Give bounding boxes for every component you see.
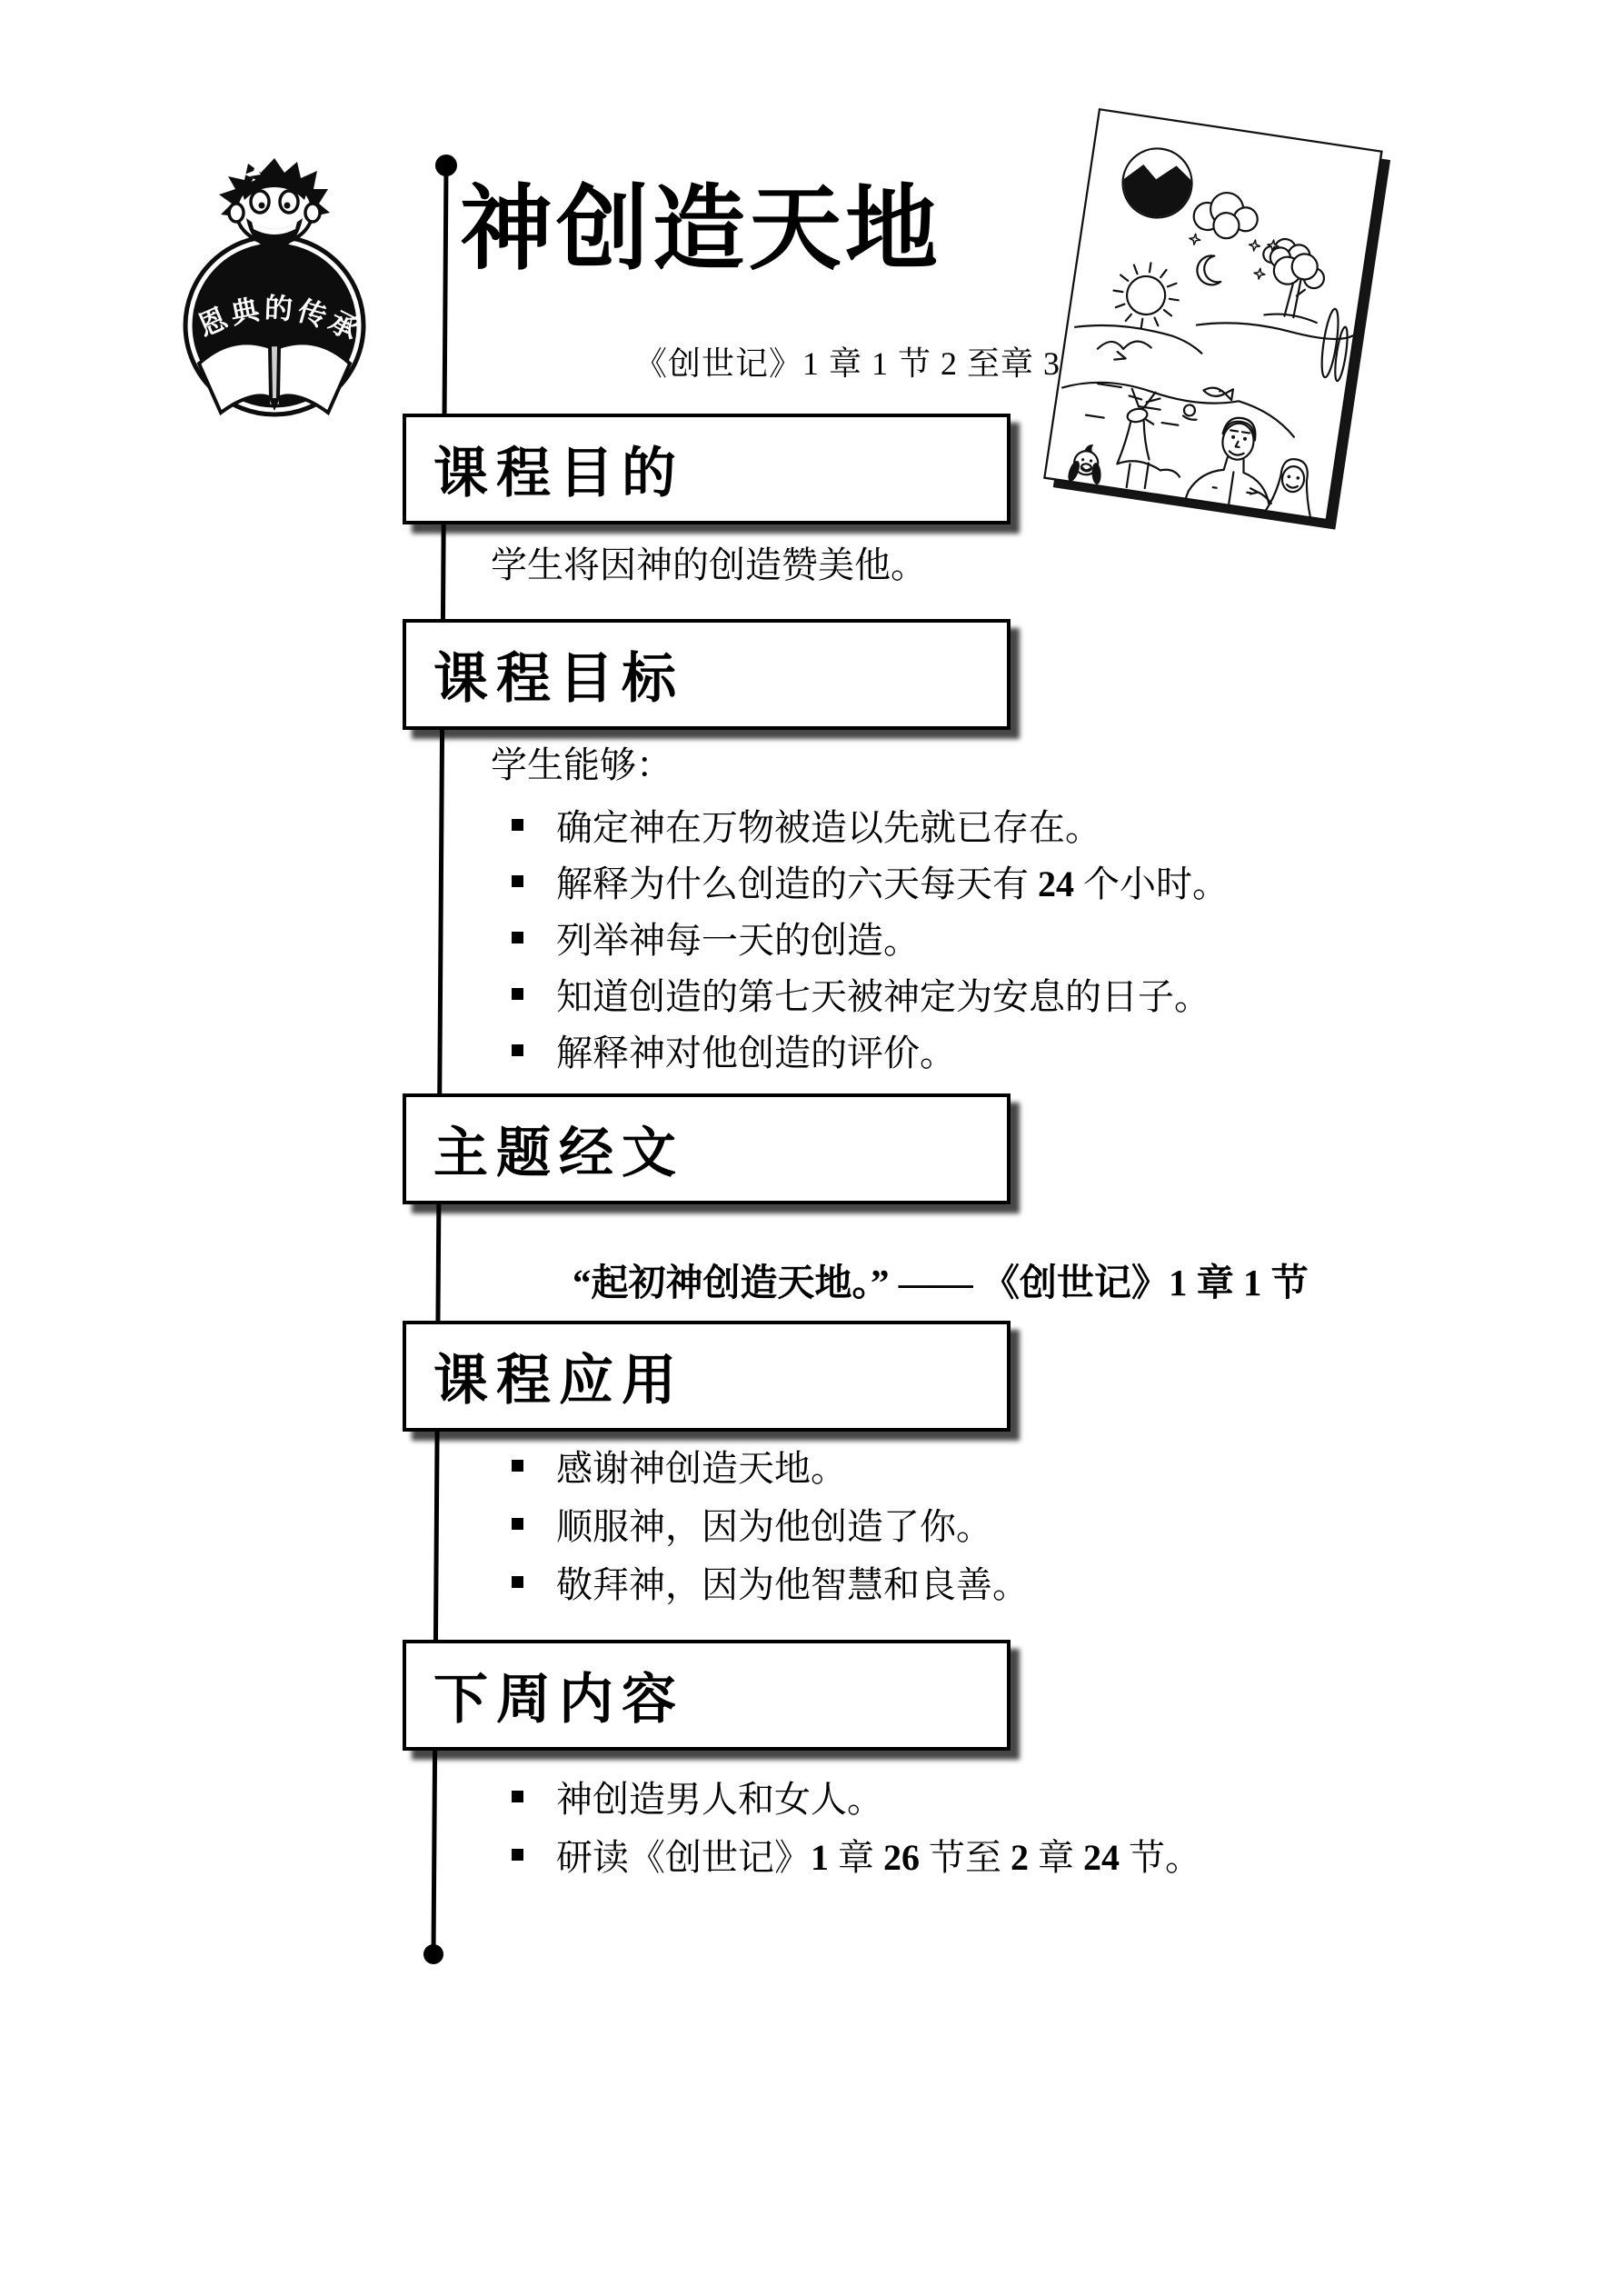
timeline-bottom-dot [423,1944,443,1964]
section-header-purpose: 课程目的 [403,414,1011,524]
key-verse-quote: “起初神创造天地。” —— 《创世记》1 章 1 节 [573,1253,1309,1306]
lesson-sheet-page: 恩典的传承 神创造天地 《创世记》1 章 1 节 2 至章 3 节 [0,0,1623,2296]
list-item: 确定神在万物被造以先就已存在。 [512,796,1229,853]
list-item-text: 敬拜神，因为他智慧和良善。 [556,1556,1029,1608]
square-bullet-icon [512,988,523,1000]
section-label: 课程应用 [433,1337,684,1415]
section-header-next-week: 下周内容 [403,1640,1011,1751]
grace-heritage-logo: 恩典的传承 [168,153,382,430]
list-item: 解释神对他创造的评价。 [512,1022,1229,1078]
section-label: 下周内容 [433,1656,684,1734]
list-item: 解释为什么创造的六天每天有 24 个小时。 [512,853,1229,909]
list-item-text: 顺服神，因为他创造了你。 [556,1498,992,1550]
section-label: 课程目的 [433,430,684,508]
list-item-text: 研读《创世记》1 章 26 节至 2 章 24 节。 [556,1829,1201,1881]
list-item-text: 感谢神创造天地。 [556,1440,847,1492]
square-bullet-icon [512,1576,523,1588]
square-bullet-icon [512,932,523,943]
section-label: 课程目标 [433,635,684,714]
square-bullet-icon [512,819,523,831]
square-bullet-icon [512,1791,523,1802]
next-week-list: 神创造男人和女人。 研读《创世记》1 章 26 节至 2 章 24 节。 [512,1767,1201,1883]
section-header-objectives: 课程目标 [403,619,1011,730]
list-item-text: 知道创造的第七天被神定为安息的日子。 [556,968,1210,1020]
creation-illustration [1041,108,1397,534]
section-label: 主题经文 [433,1110,684,1188]
boy-with-open-book-badge-icon: 恩典的传承 [168,153,382,430]
scripture-reference: 《创世记》1 章 1 节 2 至章 3 节 [634,338,1103,384]
creation-scene-line-drawing-icon [1041,108,1397,534]
list-item: 知道创造的第七天被神定为安息的日子。 [512,965,1229,1022]
list-item: 顺服神，因为他创造了你。 [512,1494,1029,1552]
section-header-application: 课程应用 [403,1321,1011,1432]
list-item: 神创造男人和女人。 [512,1767,1201,1825]
list-item: 研读《创世记》1 章 26 节至 2 章 24 节。 [512,1825,1201,1883]
list-item-text: 解释为什么创造的六天每天有 24 个小时。 [556,855,1229,907]
square-bullet-icon [512,1518,523,1530]
list-item: 敬拜神，因为他智慧和良善。 [512,1552,1029,1611]
square-bullet-icon [512,1849,523,1861]
timeline-top-dot [435,155,457,176]
list-item: 列举神每一天的创造。 [512,909,1229,965]
square-bullet-icon [512,1044,523,1056]
list-item-text: 解释神对他创造的评价。 [556,1024,956,1076]
square-bullet-icon [512,1460,523,1472]
list-item-text: 列举神每一天的创造。 [556,912,920,963]
objectives-list: 确定神在万物被造以先就已存在。 解释为什么创造的六天每天有 24 个小时。 列举… [512,796,1229,1078]
page-title: 神创造天地 [460,180,941,282]
list-item-text: 神创造男人和女人。 [556,1771,883,1822]
purpose-body: 学生将因神的创造赞美他。 [491,544,927,587]
list-item-text: 确定神在万物被造以先就已存在。 [556,799,1101,851]
objectives-intro: 学生能够： [491,744,672,787]
list-item: 感谢神创造天地。 [512,1436,1029,1494]
square-bullet-icon [512,875,523,887]
section-header-key-verse: 主题经文 [403,1093,1011,1204]
application-list: 感谢神创造天地。 顺服神，因为他创造了你。 敬拜神，因为他智慧和良善。 [512,1436,1029,1611]
